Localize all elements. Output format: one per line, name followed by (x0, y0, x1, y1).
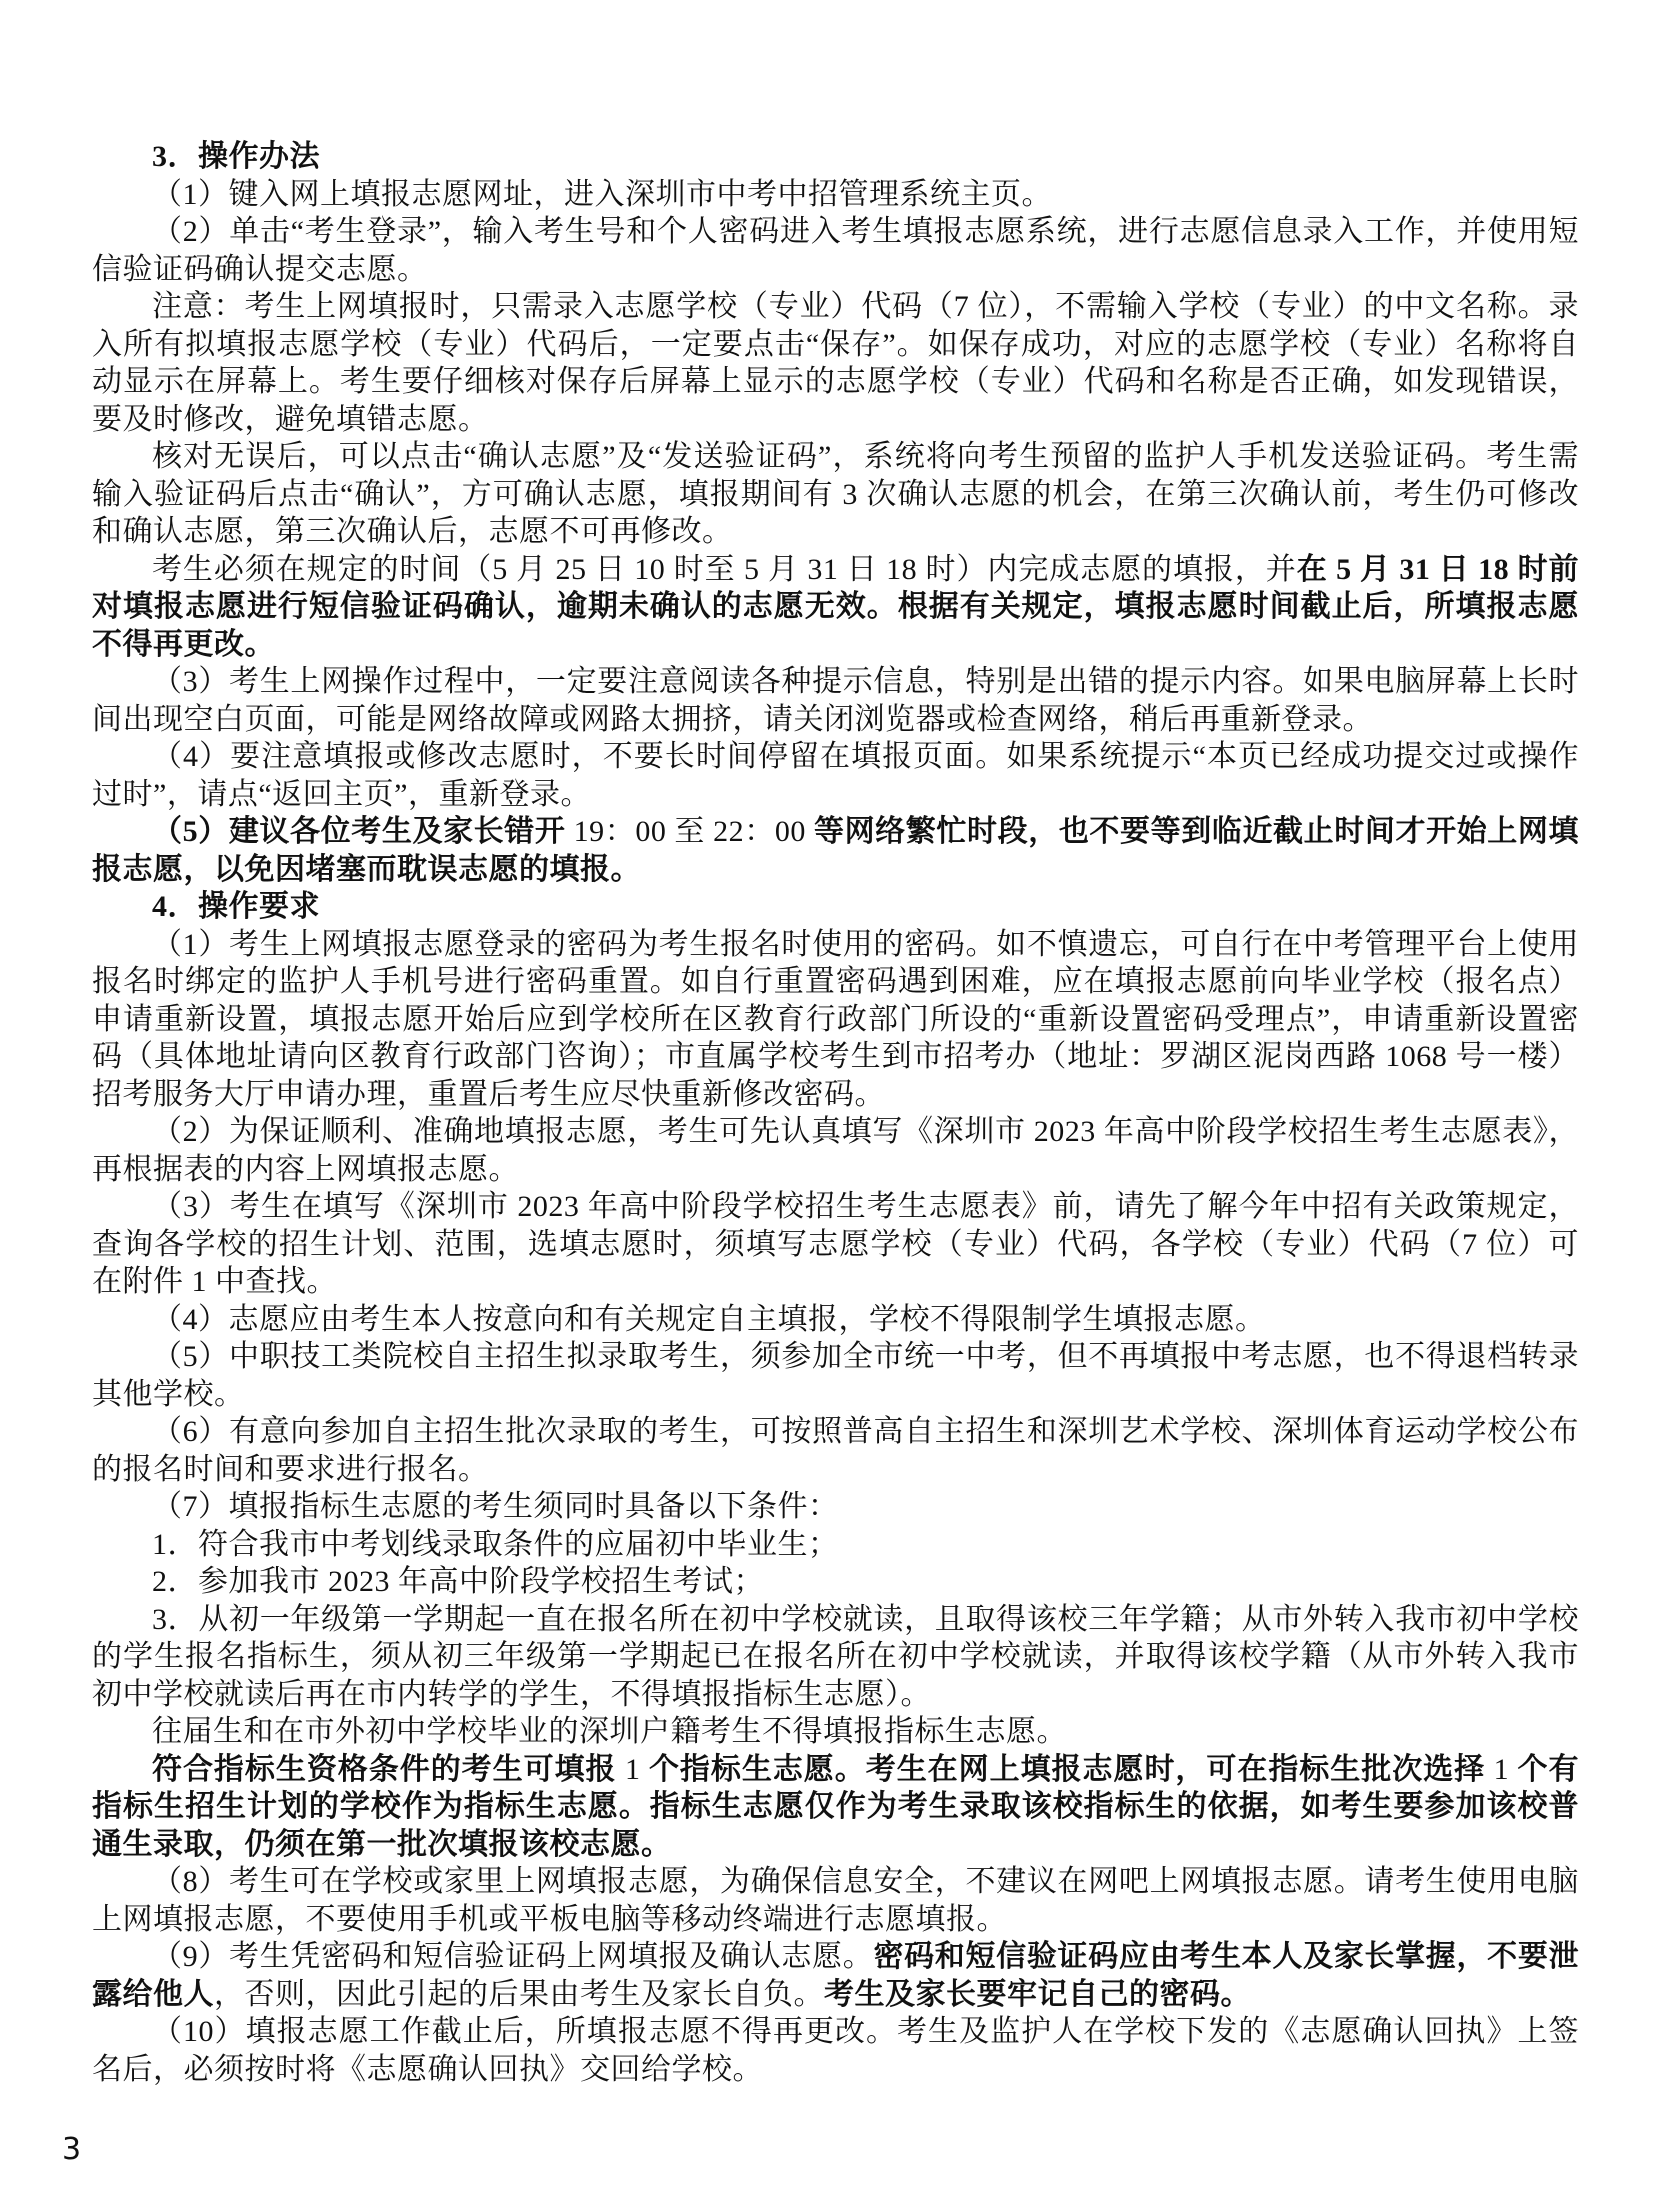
text-run: （1）考生上网填报志愿登录的密码为考生报名时使用的密码。如不慎遗忘，可自行在中考… (92, 928, 1579, 1111)
text-run: 19：00 至 22：00 (574, 815, 806, 848)
text-run: （8）考生可在学校或家里上网填报志愿，为确保信息安全，不建议在网吧上网填报志愿。… (92, 1865, 1579, 1936)
text-run: （5）中职技工类院校自主招生拟录取考生，须参加全市统一中考，但不再填报中考志愿，… (92, 1340, 1579, 1411)
paragraph: （6）有意向参加自主招生批次录取的考生，可按照普高自主招生和深圳艺术学校、深圳体… (92, 1413, 1579, 1488)
paragraph: （5）建议各位考生及家长错开 19：00 至 22：00 等网络繁忙时段，也不要… (92, 813, 1579, 888)
text-run: 3．从初一年级第一学期起一直在报名所在初中学校就读，且取得该校三年学籍；从市外转… (92, 1603, 1579, 1711)
text-run: 符合指标生资格条件的考生可填报 (152, 1753, 625, 1786)
text-run: 个指标生志愿。考生在网上填报志愿时，可在指标生批次选择 (641, 1753, 1494, 1786)
text-run: ，否则，因此引起的后果由考生及家长自负。 (214, 1978, 824, 2011)
paragraph: （1）考生上网填报志愿登录的密码为考生报名时使用的密码。如不慎遗忘，可自行在中考… (92, 926, 1579, 1114)
section-body: （1）考生上网填报志愿登录的密码为考生报名时使用的密码。如不慎遗忘，可自行在中考… (92, 926, 1579, 2089)
page-content: 3．操作办法 （1）键入网上填报志愿网址，进入深圳市中考中招管理系统主页。（2）… (92, 138, 1579, 2088)
paragraph: （5）中职技工类院校自主招生拟录取考生，须参加全市统一中考，但不再填报中考志愿，… (92, 1338, 1579, 1413)
section-operation-requirements: 4．操作要求 （1）考生上网填报志愿登录的密码为考生报名时使用的密码。如不慎遗忘… (92, 888, 1579, 2088)
text-run: （6）有意向参加自主招生批次录取的考生，可按照普高自主招生和深圳艺术学校、深圳体… (92, 1415, 1579, 1486)
paragraph: （4）志愿应由考生本人按意向和有关规定自主填报，学校不得限制学生填报志愿。 (92, 1301, 1579, 1339)
text-run: （5）建议各位考生及家长错开 (152, 815, 574, 848)
paragraph: （3）考生上网操作过程中，一定要注意阅读各种提示信息，特别是出错的提示内容。如果… (92, 663, 1579, 738)
text-run: 往届生和在市外初中学校毕业的深圳户籍考生不得填报指标生志愿。 (152, 1715, 1067, 1748)
paragraph: 3．从初一年级第一学期起一直在报名所在初中学校就读，且取得该校三年学籍；从市外转… (92, 1601, 1579, 1714)
paragraph: 往届生和在市外初中学校毕业的深圳户籍考生不得填报指标生志愿。 (92, 1713, 1579, 1751)
text-run: 1 (1494, 1753, 1510, 1786)
section-body: （1）键入网上填报志愿网址，进入深圳市中考中招管理系统主页。（2）单击“考生登录… (92, 176, 1579, 889)
paragraph: （4）要注意填报或修改志愿时，不要长时间停留在填报页面。如果系统提示“本页已经成… (92, 738, 1579, 813)
text-run: （2）单击“考生登录”，输入考生号和个人密码进入考生填报志愿系统，进行志愿信息录… (92, 215, 1579, 286)
section-heading: 3．操作办法 (92, 138, 1579, 176)
paragraph: 核对无误后，可以点击“确认志愿”及“发送验证码”，系统将向考生预留的监护人手机发… (92, 438, 1579, 551)
paragraph: （9）考生凭密码和短信验证码上网填报及确认志愿。密码和短信验证码应由考生本人及家… (92, 1938, 1579, 2013)
text-run: （2）为保证顺利、准确地填报志愿，考生可先认真填写《深圳市 2023 年高中阶段… (92, 1115, 1579, 1186)
paragraph: 2．参加我市 2023 年高中阶段学校招生考试； (92, 1563, 1579, 1601)
text-run: 考生必须在规定的时间（5 月 25 日 10 时至 5 月 31 日 18 时）… (152, 553, 1297, 586)
text-run: 1．符合我市中考划线录取条件的应届初中毕业生； (152, 1528, 839, 1561)
text-run: （1）键入网上填报志愿网址，进入深圳市中考中招管理系统主页。 (152, 178, 1052, 211)
paragraph: （8）考生可在学校或家里上网填报志愿，为确保信息安全，不建议在网吧上网填报志愿。… (92, 1863, 1579, 1938)
paragraph: 符合指标生资格条件的考生可填报 1 个指标生志愿。考生在网上填报志愿时，可在指标… (92, 1751, 1579, 1864)
text-run: （4）志愿应由考生本人按意向和有关规定自主填报，学校不得限制学生填报志愿。 (152, 1303, 1266, 1336)
text-run: （3）考生上网操作过程中，一定要注意阅读各种提示信息，特别是出错的提示内容。如果… (92, 665, 1579, 736)
paragraph: 1．符合我市中考划线录取条件的应届初中毕业生； (92, 1526, 1579, 1564)
text-run: （3）考生在填写《深圳市 2023 年高中阶段学校招生考生志愿表》前，请先了解今… (92, 1190, 1579, 1298)
section-operation-method: 3．操作办法 （1）键入网上填报志愿网址，进入深圳市中考中招管理系统主页。（2）… (92, 138, 1579, 888)
section-heading: 4．操作要求 (92, 888, 1579, 926)
paragraph: （10）填报志愿工作截止后，所填报志愿不得再更改。考生及监护人在学校下发的《志愿… (92, 2013, 1579, 2088)
text-run: （7）填报指标生志愿的考生须同时具备以下条件： (152, 1490, 839, 1523)
paragraph: （7）填报指标生志愿的考生须同时具备以下条件： (92, 1488, 1579, 1526)
text-run: 考生及家长要牢记自己的密码。 (824, 1978, 1251, 2011)
text-run: （10）填报志愿工作截止后，所填报志愿不得再更改。考生及监护人在学校下发的《志愿… (92, 2015, 1579, 2086)
paragraph: （2）为保证顺利、准确地填报志愿，考生可先认真填写《深圳市 2023 年高中阶段… (92, 1113, 1579, 1188)
text-run: （9）考生凭密码和短信验证码上网填报及确认志愿。 (152, 1940, 873, 1973)
text-run: 注意：考生上网填报时，只需录入志愿学校（专业）代码（7 位），不需输入学校（专业… (92, 290, 1579, 436)
text-run: 1 (625, 1753, 641, 1786)
text-run: （4）要注意填报或修改志愿时，不要长时间停留在填报页面。如果系统提示“本页已经成… (92, 740, 1579, 811)
paragraph: 考生必须在规定的时间（5 月 25 日 10 时至 5 月 31 日 18 时）… (92, 551, 1579, 664)
paragraph: （1）键入网上填报志愿网址，进入深圳市中考中招管理系统主页。 (92, 176, 1579, 214)
text-run: 核对无误后，可以点击“确认志愿”及“发送验证码”，系统将向考生预留的监护人手机发… (92, 440, 1579, 548)
paragraph: （2）单击“考生登录”，输入考生号和个人密码进入考生填报志愿系统，进行志愿信息录… (92, 213, 1579, 288)
paragraph: （3）考生在填写《深圳市 2023 年高中阶段学校招生考生志愿表》前，请先了解今… (92, 1188, 1579, 1301)
page-number: 3 (62, 2132, 81, 2167)
document-page: 3．操作办法 （1）键入网上填报志愿网址，进入深圳市中考中招管理系统主页。（2）… (0, 0, 1654, 2205)
paragraph: 注意：考生上网填报时，只需录入志愿学校（专业）代码（7 位），不需输入学校（专业… (92, 288, 1579, 438)
text-run: 2．参加我市 2023 年高中阶段学校招生考试； (152, 1565, 764, 1598)
